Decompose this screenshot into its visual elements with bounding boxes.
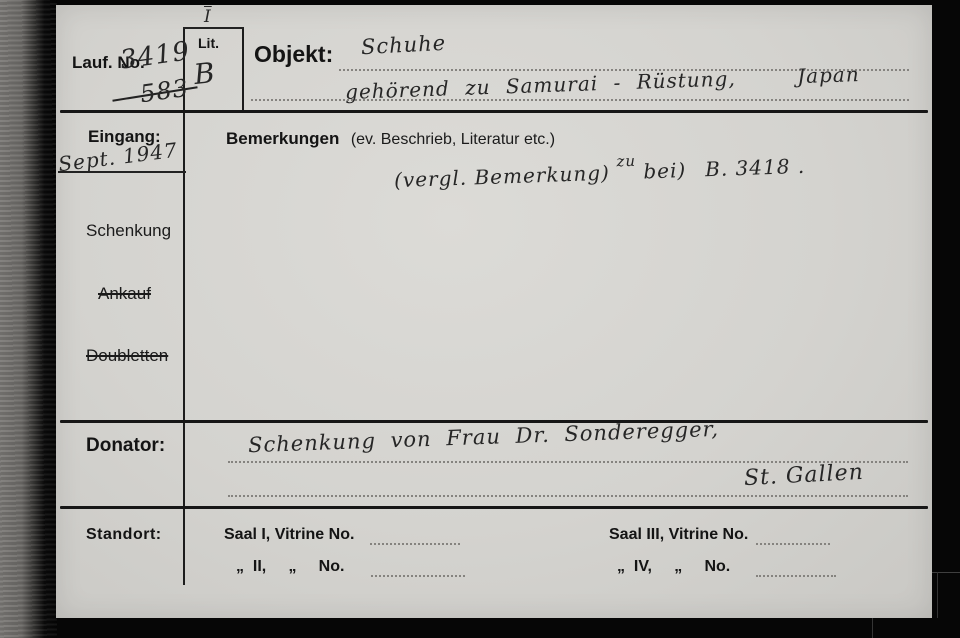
standort-saal1-label: Saal I, Vitrine No. xyxy=(224,526,354,544)
lauf-no-numerator: 3419 xyxy=(118,36,192,75)
background-edge-line xyxy=(930,572,960,573)
bemerkungen-label-suffix: (ev. Beschrieb, Literatur etc.) xyxy=(351,131,555,148)
photo-of-index-card: Lauf. No. 3419 583 I Lit. B Objekt: Schu… xyxy=(0,0,960,638)
donator-dotted-line2 xyxy=(228,495,908,497)
bemerkungen-note-handwritten: (vergl. Bemerkung) zu bei) B. 3418 . xyxy=(394,154,806,192)
objekt-value-line1-handwritten: Schuhe xyxy=(360,31,446,59)
objekt-label: Objekt: xyxy=(254,41,333,68)
lit-value-handwritten: B xyxy=(192,56,217,91)
lit-label: Lit. xyxy=(198,35,219,51)
standort-saal3-label: Saal III, Vitrine No. xyxy=(609,526,748,544)
bemerkungen-heading: Bemerkungen (ev. Beschrieb, Literatur et… xyxy=(226,129,555,149)
standort-saal4-dotted xyxy=(756,575,836,577)
option-schenkung: Schenkung xyxy=(86,221,171,241)
background-edge-line xyxy=(937,572,938,618)
donator-value-line2-handwritten: St. Gallen xyxy=(743,460,864,491)
standort-label: Standort: xyxy=(86,526,162,544)
section-rule-donator xyxy=(60,420,928,423)
background-edge-line xyxy=(872,618,873,638)
note-part2: bei) xyxy=(643,158,687,183)
background-texture xyxy=(0,0,57,638)
lit-box-divider-line xyxy=(242,27,244,112)
museum-index-card: Lauf. No. 3419 583 I Lit. B Objekt: Schu… xyxy=(56,5,932,618)
standort-saal2-dotted xyxy=(371,575,465,577)
note-inserted-word: zu xyxy=(616,152,636,171)
option-ankauf-struck: Ankauf xyxy=(98,284,151,304)
standort-saal4-label: „ IV, „ No. xyxy=(617,558,730,576)
objekt-dotted-line2 xyxy=(251,99,909,101)
standort-saal1-dotted xyxy=(370,543,460,545)
section-rule-standort xyxy=(60,506,928,509)
note-part3: B. 3418 . xyxy=(705,154,806,181)
standort-saal3-dotted xyxy=(756,543,830,545)
section-rule-top xyxy=(60,110,928,113)
donator-label: Donator: xyxy=(86,435,165,457)
lit-box-top-line xyxy=(183,27,244,29)
standort-saal2-label: „ II, „ No. xyxy=(236,558,344,576)
lit-roman-numeral-handwritten: I xyxy=(204,7,212,27)
bemerkungen-label: Bemerkungen xyxy=(226,129,339,148)
note-part1: (vergl. Bemerkung) xyxy=(394,161,611,193)
option-doubletten-struck: Doubletten xyxy=(86,346,168,366)
eingang-underline xyxy=(58,171,186,173)
